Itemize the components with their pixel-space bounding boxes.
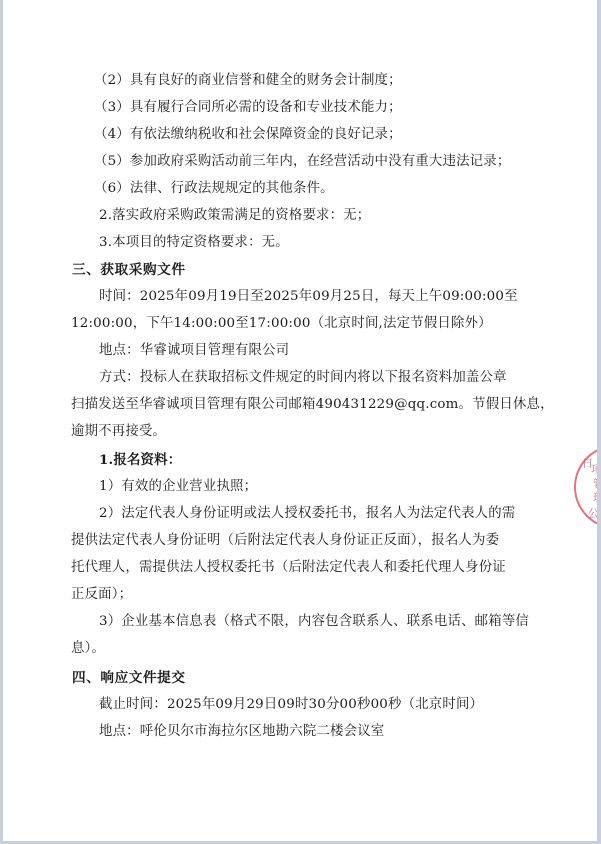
material-item-2-line-1: 2）法定代表人身份证明或法人授权委托书，报名人为法定代表人的需: [99, 506, 515, 522]
section-heading-obtain-documents: 三、获取采购文件: [72, 262, 186, 278]
material-item-3-line-1: 3）企业基本信息表（格式不限，内容包含联系人、联系电话、邮箱等信: [99, 614, 529, 630]
policy-requirement: 2.落实政府采购政策需满足的资格要求：无；: [99, 208, 370, 224]
qualification-item-6: （6）法律、行政法规规定的其他条件。: [94, 181, 334, 197]
qualification-item-3: （3）具有履行合同所必需的设备和专业技术能力；: [94, 100, 402, 116]
material-item-2-line-2: 提供法定代表人身份证明（后附法定代表人身份证正反面），报名人为委: [71, 533, 499, 549]
document-page: （2）具有良好的商业信誉和健全的财务会计制度； （3）具有履行合同所必需的设备和…: [3, 0, 597, 841]
registration-materials-heading: 1.报名资料：: [99, 452, 181, 468]
material-item-3-line-2: 息）。: [71, 641, 105, 657]
submission-deadline: 截止时间：2025年09月29日09时30分00秒00秒（北京时间）: [99, 697, 483, 713]
stamp-char: 公: [588, 508, 597, 520]
qualification-item-4: （4）有依法缴纳税收和社会保障资金的良好记录；: [94, 127, 402, 143]
qualification-item-2: （2）具有良好的商业信誉和健全的财务会计制度；: [94, 73, 402, 89]
submission-location: 地点：呼伦贝尔市海拉尔区地勘六院二楼会议室: [99, 724, 384, 740]
obtain-location: 地点：华睿诚项目管理有限公司: [99, 343, 289, 359]
obtain-method-line-2: 扫描发送至华睿诚项目管理有限公司邮箱490431229@qq.com。节假日休息…: [71, 397, 554, 413]
section-heading-submission: 四、响应文件提交: [72, 670, 186, 686]
qualification-item-5: （5）参加政府采购活动前三年内，在经营活动中没有重大违法记录；: [94, 154, 510, 170]
stamp-char: 管: [593, 478, 597, 490]
material-item-2-line-3: 托代理人，需提供法人授权委托书（后附法定代表人和委托代理人身份证: [71, 560, 506, 576]
specific-requirement: 3.本项目的特定资格要求：无。: [99, 235, 289, 251]
obtain-method-line-1: 方式：投标人在获取招标文件规定的时间内将以下报名资料加盖公章: [99, 370, 507, 386]
obtain-time-line-1: 时间：2025年09月19日至2025年09月25日，每天上午09:00:00至: [99, 289, 518, 305]
stamp-char: 理: [593, 492, 597, 504]
material-item-1: 1）有效的企业营业执照；: [99, 479, 257, 495]
obtain-time-line-2: 12:00:00，下午14:00:00至17:00:00（北京时间,法定节假日除…: [71, 316, 492, 332]
material-item-2-line-4: 正反面）；: [71, 587, 132, 603]
obtain-method-line-3: 逾期不再接受。: [71, 424, 166, 440]
stamp-char: 项: [591, 464, 597, 476]
